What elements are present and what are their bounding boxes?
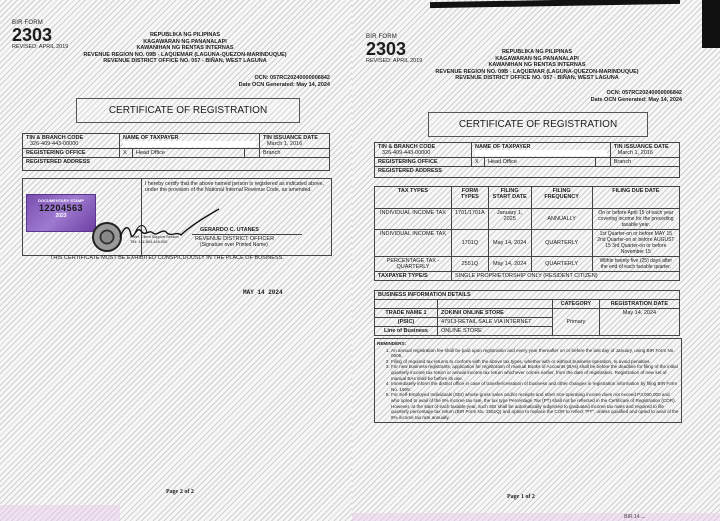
trade-name-label: TRADE NAME 1	[375, 309, 438, 318]
reminders-list: An annual registration fee shall be paid…	[391, 348, 679, 421]
ocn-number: OCN: 057RC20240000006842	[512, 90, 682, 97]
certificate-title: CERTIFICATE OF REGISTRATION	[428, 112, 648, 137]
col-tax-types: TAX TYPES	[375, 187, 452, 209]
taxpayer-type-label: TAXPAYER TYPE/S	[375, 272, 452, 281]
tin-issuance-value: March 1, 2016	[614, 150, 676, 156]
name-value-redacted	[475, 150, 607, 156]
psic-value: 47913-RETAIL SALE VIA INTERNET	[438, 318, 553, 327]
cell: INDIVIDUAL INCOME TAX	[375, 230, 452, 257]
certificate-page-1: BIR FORM 2303 REVISED: APRIL 2019 REPUBL…	[352, 0, 720, 521]
client-support-block: Chief, Client Support Section TIN: 131-8…	[130, 235, 179, 244]
table-row: INDIVIDUAL INCOME TAX 1701Q May 14, 2024…	[375, 230, 680, 257]
category-label: CATEGORY	[553, 300, 600, 309]
business-section-label: BUSINESS INFORMATION DETAILS	[375, 291, 680, 300]
tin-value: 326-409-443-00000	[378, 150, 468, 156]
cell: May 14, 2024	[488, 257, 531, 272]
certify-text: I hereby certify that the above named pe…	[145, 181, 327, 193]
header-line: REVENUE DISTRICT OFFICE NO. 057 - BIÑAN,…	[60, 58, 310, 65]
reminder-item: An annual registration fee shall be paid…	[391, 348, 679, 359]
reminders-box: REMINDERS: An annual registration fee sh…	[374, 338, 682, 423]
cell: QUARTERLY	[531, 257, 592, 272]
reminder-item: Immediately inform the district office i…	[391, 381, 679, 392]
header-line: REVENUE DISTRICT OFFICE NO. 057 - BIÑAN,…	[412, 75, 662, 82]
reminders-label: REMINDERS:	[377, 341, 679, 347]
table-row: PERCENTAGE TAX - QUARTERLY 2551Q May 14,…	[375, 257, 680, 272]
photo-edge-shadow	[702, 0, 720, 48]
cell: 1701/1701A	[452, 209, 489, 230]
category-value: Primary	[553, 309, 600, 336]
ocn-block: OCN: 057RC20240000006842 Date OCN Genera…	[512, 90, 682, 104]
stamp-year: 2023	[27, 213, 95, 219]
cell: 1701Q	[452, 230, 489, 257]
cell: PERCENTAGE TAX - QUARTERLY	[375, 257, 452, 272]
reminder-item: For new business registrants, applicatio…	[391, 364, 679, 381]
head-office-checkbox: X	[120, 149, 133, 158]
cell: May 14, 2024	[488, 230, 531, 257]
registration-date-value: May 14, 2024	[599, 309, 679, 336]
registered-address-label: REGISTERED ADDRESS	[26, 159, 326, 165]
form-number: 2303	[12, 26, 52, 44]
registering-office-label: REGISTERING OFFICE	[23, 149, 120, 158]
registering-office-label: REGISTERING OFFICE	[375, 158, 472, 167]
trade-name-value: ZOKINII ONLINE STORE	[438, 309, 553, 318]
cell: Within twenty five (25) days after the e…	[592, 257, 679, 272]
exhibit-notice: THIS CERTIFICATE MUST BE EXHIBITED CONSP…	[50, 255, 284, 261]
head-office-label: Head Office	[133, 149, 245, 158]
registered-address-label: REGISTERED ADDRESS	[378, 168, 676, 174]
documentary-stamp: DOCUMENTARY STAMP 12204563 2023	[26, 194, 96, 232]
cell: January 1, 2025	[488, 209, 531, 230]
cell: 1st Quarter-on or before MAY 15 2nd Quar…	[592, 230, 679, 257]
head-office-checkbox: X	[472, 158, 485, 167]
taxpayer-info-table: TIN & BRANCH CODE326-409-443-00000 NAME …	[22, 133, 330, 171]
col-filing-due: FILING DUE DATE	[592, 187, 679, 209]
stamp-number: 12204563	[27, 203, 95, 213]
date-received-stamp: MAY 14 2024	[243, 289, 283, 296]
branch-label: Branch	[610, 158, 679, 167]
head-office-label: Head Office	[485, 158, 596, 167]
psic-label: (PSIC)	[375, 318, 438, 327]
officer-caption: (Signature over Printed Name)	[200, 242, 268, 248]
tin-issuance-value: March 1, 2016	[263, 141, 326, 147]
name-value-redacted	[123, 141, 256, 147]
tin-value: 326-409-443-00000	[26, 141, 116, 147]
taxpayer-info-table: TIN & BRANCH CODE326-409-443-00000 NAME …	[374, 142, 680, 178]
page-number: Page 1 of 2	[507, 494, 535, 500]
ocn-block: OCN: 057RC20240000006842 Date OCN Genera…	[160, 75, 330, 89]
reminder-item: For Self-Employed Individuals (SEI) whos…	[391, 392, 679, 420]
col-form-types: FORM TYPES	[452, 187, 489, 209]
branch-checkbox	[595, 158, 610, 167]
agency-header: REPUBLIKA NG PILIPINAS KAGAWARAN NG PANA…	[60, 32, 310, 65]
line-of-business-label: Line of Business	[375, 327, 438, 336]
ocn-date: Date OCN Generated: May 14, 2024	[160, 82, 330, 89]
line-of-business-value: ONLINE STORE	[438, 327, 553, 336]
branch-checkbox	[244, 149, 259, 158]
client-support-tin: TIN: 131-804-449-000	[130, 240, 179, 245]
col-filing-start: FILING START DATE	[488, 187, 531, 209]
cell: On or before April 15 of each year cover…	[592, 209, 679, 230]
certificate-title: CERTIFICATE OF REGISTRATION	[76, 98, 300, 123]
certificate-page-2: BIR FORM 2303 REVISED: APRIL 2019 REPUBL…	[0, 0, 352, 521]
branch-label: Branch	[259, 149, 329, 158]
business-info-table: BUSINESS INFORMATION DETAILS CATEGORY RE…	[374, 290, 680, 336]
table-row: INDIVIDUAL INCOME TAX 1701/1701A January…	[375, 209, 680, 230]
ocn-number: OCN: 057RC20240000006842	[160, 75, 330, 82]
registration-date-label: REGISTRATION DATE	[599, 300, 679, 309]
page-number: Page 2 of 2	[166, 489, 194, 495]
cell: 2551Q	[452, 257, 489, 272]
cell: INDIVIDUAL INCOME TAX	[375, 209, 452, 230]
taxpayer-type-value: SINGLE PROPRIETORSHIP ONLY (RESIDENT CIT…	[452, 272, 680, 281]
cell: QUARTERLY	[531, 230, 592, 257]
officer-name: GERARDO C. UTANES	[200, 227, 259, 233]
tax-types-table: TAX TYPES FORM TYPES FILING START DATE F…	[374, 186, 680, 281]
agency-header: REPUBLIKA NG PILIPINAS KAGAWARAN NG PANA…	[412, 49, 662, 82]
form-number: 2303	[366, 40, 406, 58]
ocn-date: Date OCN Generated: May 14, 2024	[512, 97, 682, 104]
cell: ANNUALLY	[531, 209, 592, 230]
client-support-title: Chief, Client Support Section	[130, 235, 179, 240]
col-filing-frequency: FILING FREQUENCY	[531, 187, 592, 209]
